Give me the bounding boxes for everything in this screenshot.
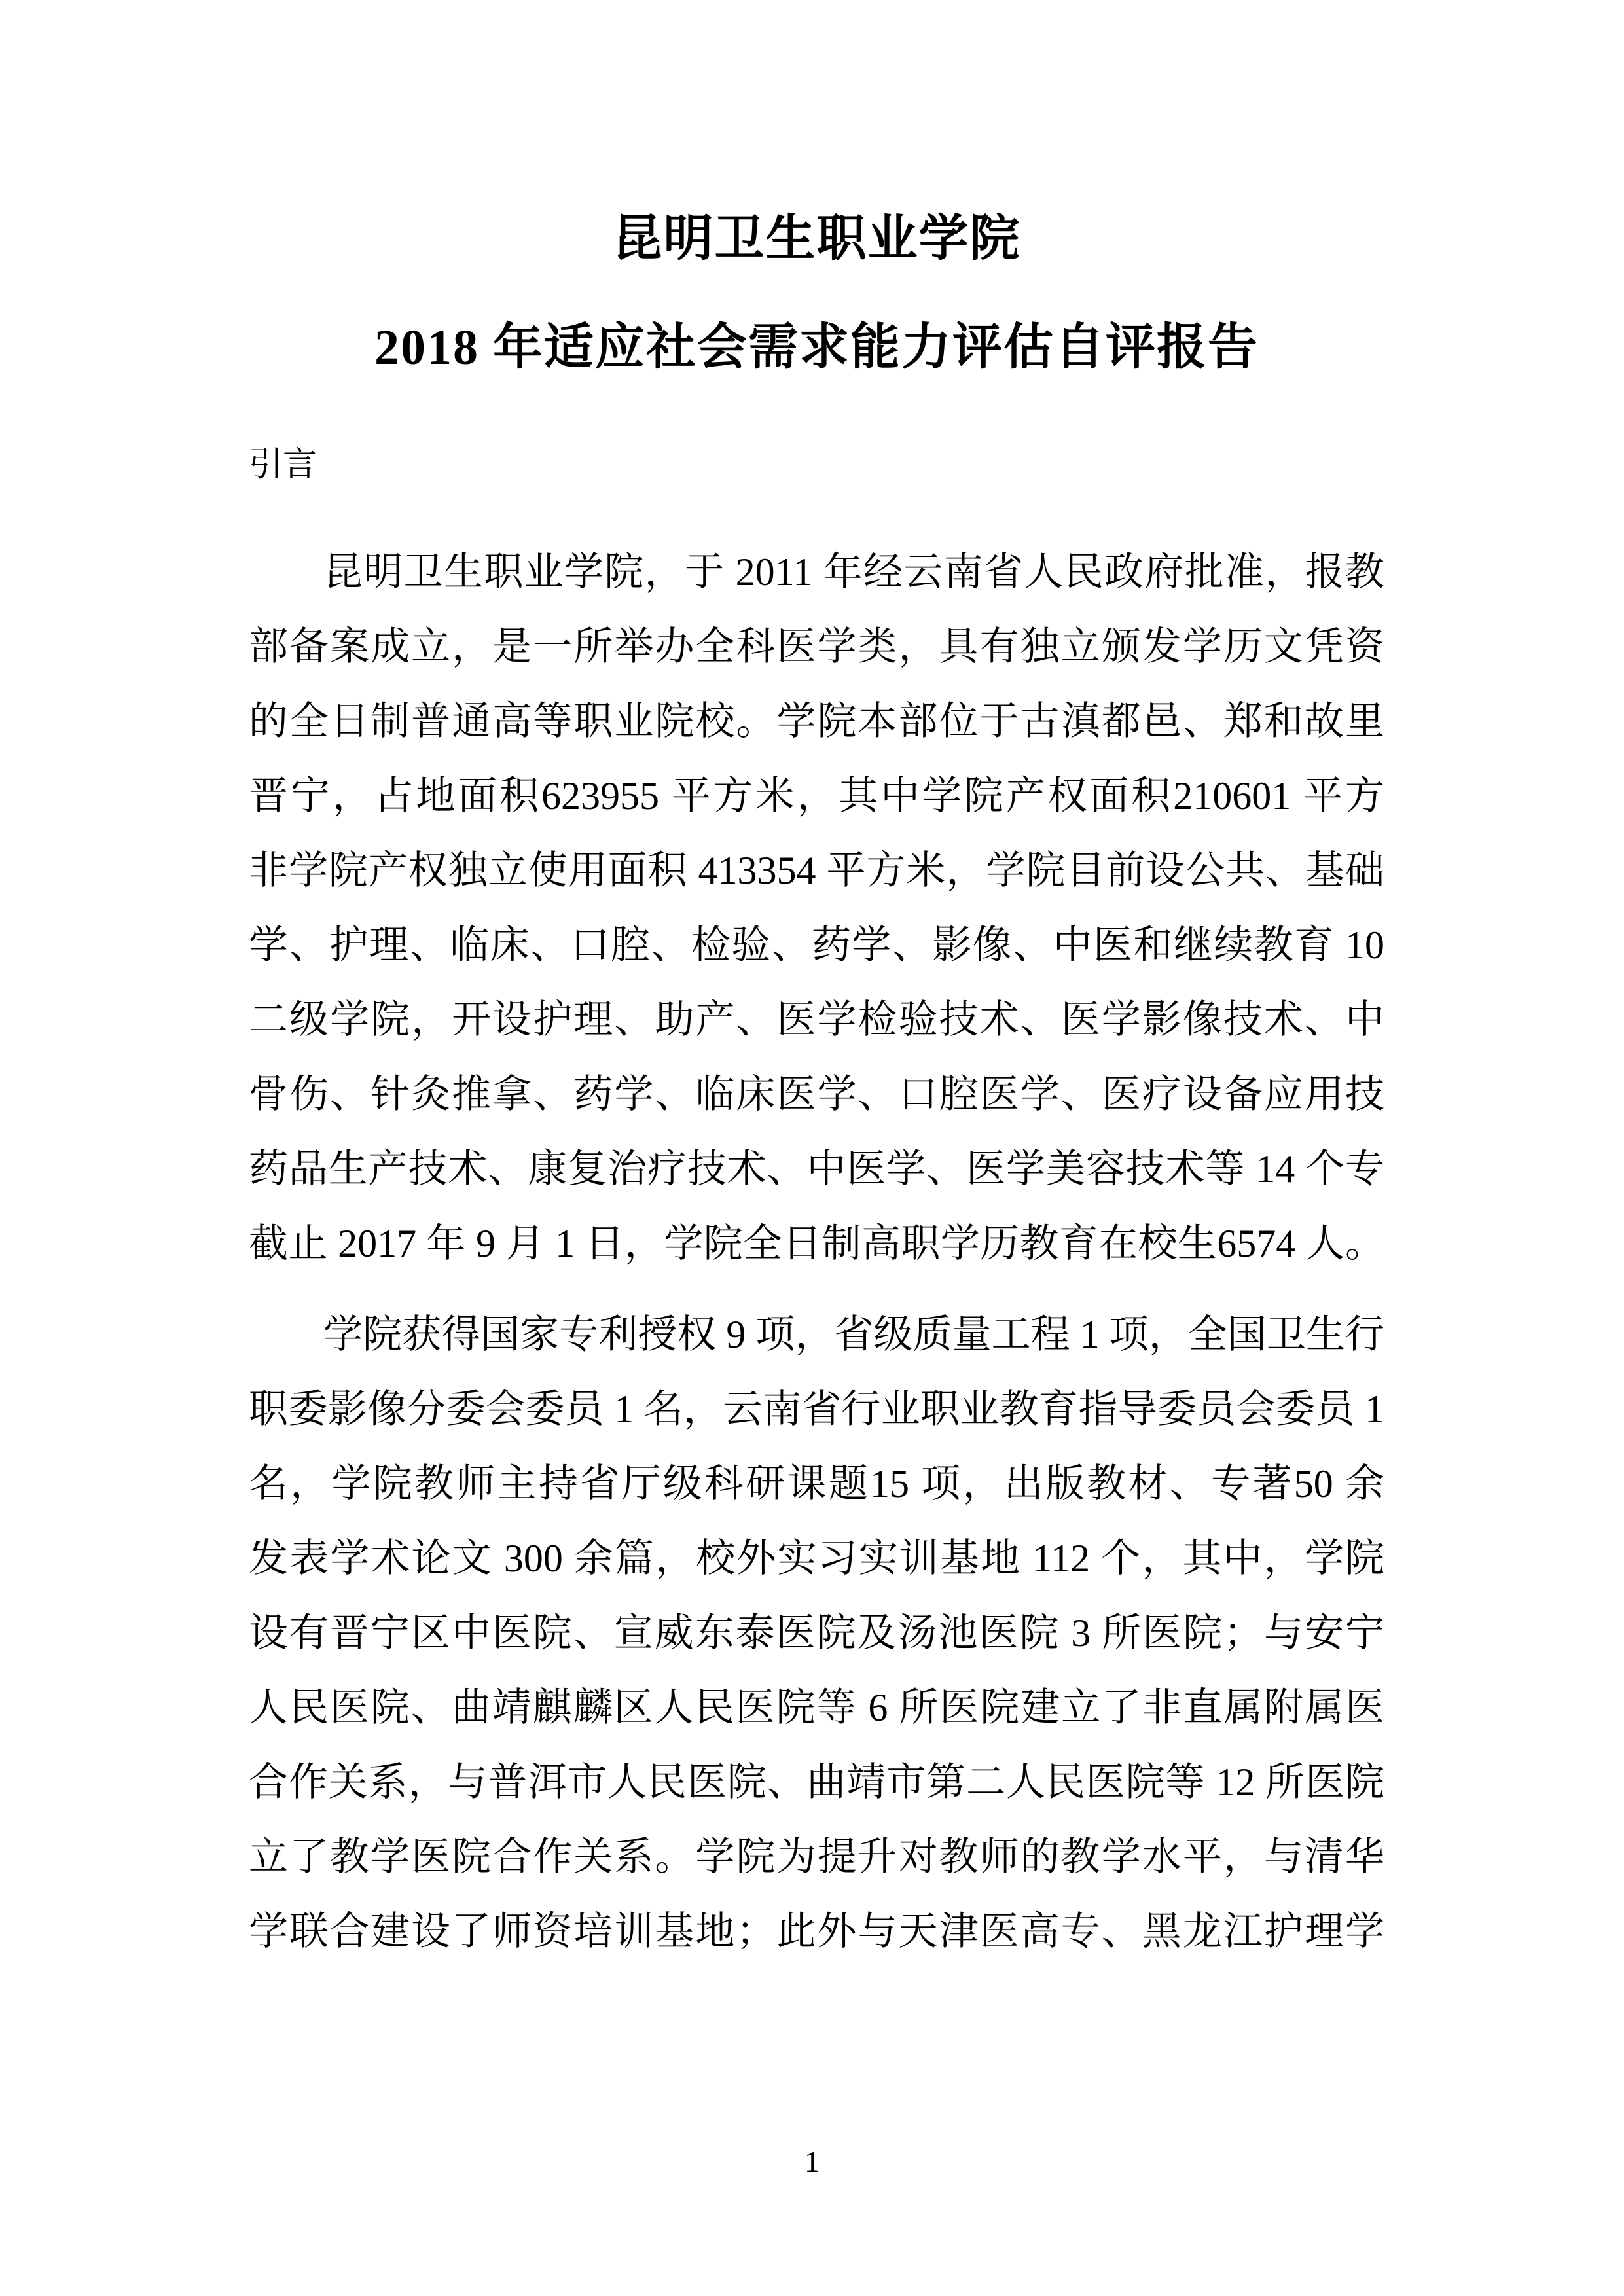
text-line: 二级学院，开设护理、助产、医学检验技术、医学影像技术、中医 <box>249 982 1384 1057</box>
text-line: 合作关系，与普洱市人民医院、曲靖市第二人民医院等 12 所医院建 <box>249 1745 1384 1820</box>
text-line: 截止 2017 年 9 月 1 日，学院全日制高职学历教育在校生6574 人。 <box>249 1206 1384 1281</box>
paragraph-2: 学院获得国家专利授权 9 项，省级质量工程 1 项，全国卫生行 职委影像分委会委… <box>249 1297 1384 1969</box>
text-line: 的全日制普通高等职业院校。学院本部位于古滇都邑、郑和故里— <box>249 684 1384 759</box>
text-line: 发表学术论文 300 余篇，校外实习实训基地 112 个，其中，学院建 <box>249 1521 1384 1596</box>
document-title-line1: 昆明卫生职业学院 <box>249 209 1384 268</box>
text-line: 骨伤、针灸推拿、药学、临床医学、口腔医学、医疗设备应用技术、 <box>249 1057 1384 1132</box>
text-line: 立了教学医院合作关系。学院为提升对教师的教学水平，与清华大 <box>249 1820 1384 1894</box>
text-line: 部备案成立，是一所举办全科医学类，具有独立颁发学历文凭资格 <box>249 609 1384 684</box>
text-line: 名，学院教师主持省厅级科研课题15 项，出版教材、专著50 余部， <box>249 1446 1384 1521</box>
text-line: 非学院产权独立使用面积 413354 平方米，学院目前设公共、基础医 <box>249 833 1384 908</box>
text-line: 学院获得国家专利授权 9 项，省级质量工程 1 项，全国卫生行 <box>249 1297 1384 1372</box>
text-line: 人民医院、曲靖麒麟区人民医院等 6 所医院建立了非直属附属医院 <box>249 1670 1384 1745</box>
text-line: 昆明卫生职业学院，于 2011 年经云南省人民政府批准，报教育 <box>249 535 1384 609</box>
text-line: 晋宁，占地面积623955 平方米，其中学院产权面积210601 平方米， <box>249 759 1384 833</box>
text-line: 设有晋宁区中医院、宣威东泰医院及汤池医院 3 所医院；与安宁市 <box>249 1596 1384 1670</box>
text-line: 学联合建设了师资培训基地；此外与天津医高专、黑龙江护理学院、 <box>249 1894 1384 1969</box>
text-line: 药品生产技术、康复治疗技术、中医学、医学美容技术等 14 个专业， <box>249 1132 1384 1206</box>
paragraph-1: 昆明卫生职业学院，于 2011 年经云南省人民政府批准，报教育 部备案成立，是一… <box>249 535 1384 1281</box>
text-line: 学、护理、临床、口腔、检验、药学、影像、中医和继续教育 10 个 <box>249 908 1384 982</box>
document-content: 昆明卫生职业学院 2018 年适应社会需求能力评估自评报告 引言 昆明卫生职业学… <box>0 0 1624 1969</box>
document-page: 昆明卫生职业学院 2018 年适应社会需求能力评估自评报告 引言 昆明卫生职业学… <box>0 0 1624 2296</box>
section-heading-intro: 引言 <box>249 442 1384 488</box>
text-line: 职委影像分委会委员 1 名，云南省行业职业教育指导委员会委员 1 <box>249 1372 1384 1446</box>
page-number: 1 <box>0 2145 1624 2178</box>
document-title-line2: 2018 年适应社会需求能力评估自评报告 <box>249 318 1384 377</box>
